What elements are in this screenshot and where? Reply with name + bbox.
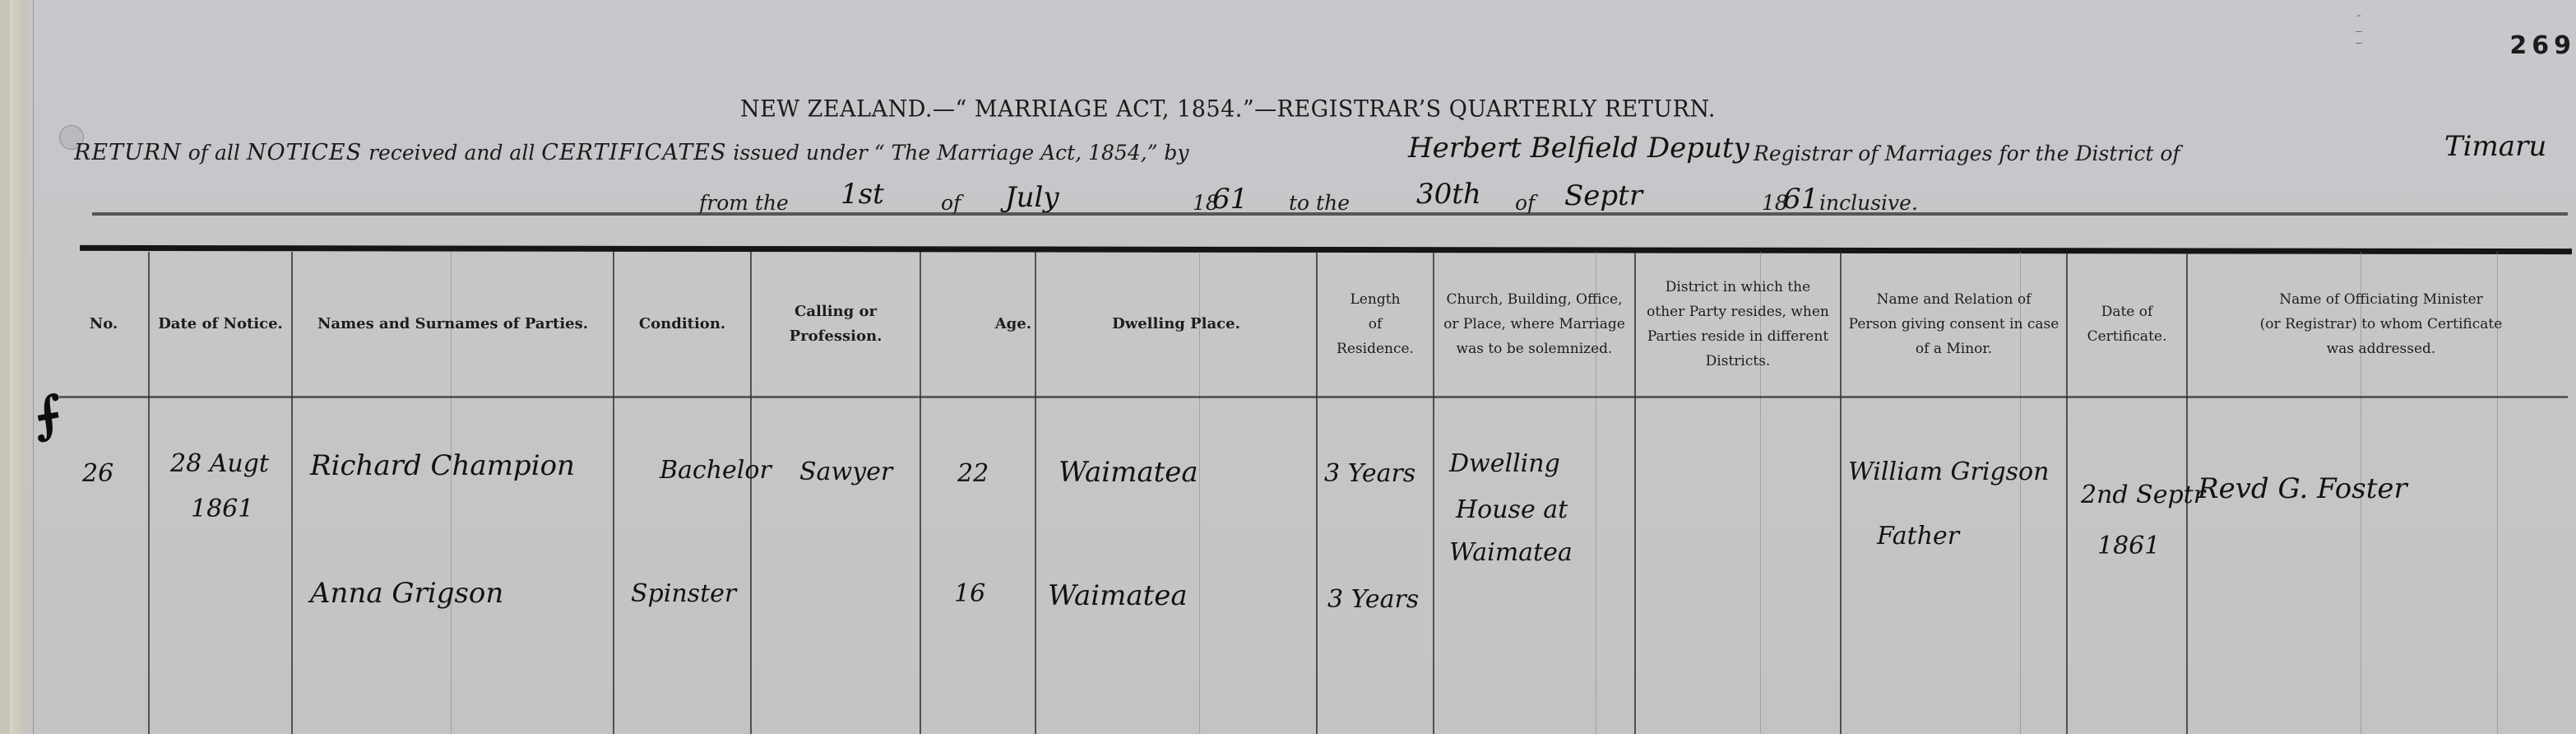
header-dwelling: Dwelling Place. [1036, 252, 1316, 396]
district-handwritten: Timaru [2444, 130, 2546, 163]
officiating-minister: Revd G. Foster [2198, 472, 2407, 505]
return-label: RETURN [74, 140, 182, 165]
certificates-label: CERTIFICATES [541, 140, 726, 165]
from-month: July [1005, 181, 1059, 214]
header-district-other: District in which the other Party reside… [1636, 252, 1840, 396]
party1-name: Richard Champion [310, 449, 575, 482]
header-age: Age. [921, 252, 1035, 396]
registrar-district-label: Registrar of Marriages for the District … [1754, 142, 2180, 165]
consent-line2: Father [1877, 522, 1959, 550]
consent-line1: William Grigson [1848, 458, 2049, 486]
party2-condition: Spinster [631, 579, 736, 608]
return-table: No. Date of Notice. Names and Surnames o… [10, 252, 2576, 734]
header-consent: Name and Relation of Person giving conse… [1842, 252, 2066, 396]
party2-dwelling: Waimatea [1048, 579, 1188, 612]
church-line2: House at [1456, 495, 1568, 524]
of-label-2: of [1515, 191, 1535, 215]
from-day: 1st [841, 178, 884, 211]
church-line1: Dwelling [1449, 449, 1560, 478]
page-title: NEW ZEALAND.—“ MARRIAGE ACT, 1854.”—REGI… [740, 95, 1716, 123]
party2-length-residence: 3 Years [1327, 585, 1419, 614]
entry-number: 26 [82, 459, 114, 488]
inclusive-label: inclusive. [1819, 191, 1918, 215]
header-date-of-notice: Date of Notice. [150, 252, 291, 396]
from-year-suffix: 61 [1212, 183, 1248, 216]
notice-date-line2: 1861 [191, 495, 253, 523]
notices-label: NOTICES [247, 140, 362, 165]
header-no: No. [59, 252, 148, 396]
header-divider-thin [92, 212, 2568, 216]
of-label-1: of [941, 191, 961, 215]
certificate-date-line2: 1861 [2097, 532, 2160, 560]
party1-length-residence: 3 Years [1324, 459, 1415, 488]
header-length-of-residence: Length of Residence. [1318, 252, 1433, 396]
to-label: to the [1289, 191, 1350, 215]
certificate-date-line1: 2nd Septr [2081, 481, 2205, 509]
return-text-2: received and all [362, 141, 541, 165]
header-date-of-certificate: Date of Certificate. [2068, 252, 2186, 396]
header-condition: Condition. [614, 252, 750, 396]
header-bottom-rule [59, 396, 2568, 398]
header-names: Names and Surnames of Parties. [293, 252, 613, 396]
party2-name: Anna Grigson [310, 577, 503, 610]
notice-date-line1: 28 Augt [170, 449, 269, 478]
header-calling: Calling or Profession. [752, 252, 920, 396]
period-line: from the 1st of July 18 61 to the 30th o… [10, 191, 2576, 224]
to-year-suffix: 61 [1783, 183, 1818, 216]
party1-dwelling: Waimatea [1059, 456, 1198, 489]
party2-age: 16 [954, 579, 985, 608]
return-description: RETURN of all NOTICES received and all C… [74, 140, 1189, 165]
return-text-1: of all [182, 141, 247, 165]
from-label: from the [699, 191, 789, 215]
to-day: 30th [1416, 178, 1481, 211]
archive-stamp: ″ — — [2356, 15, 2405, 49]
return-text-3: issued under “ The Marriage Act, 1854,” … [726, 141, 1188, 165]
folio-number: 269 [2509, 31, 2576, 60]
header-church: Church, Building, Office, or Place, wher… [1434, 252, 1634, 396]
register-page: ″ — — 269 NEW ZEALAND.—“ MARRIAGE ACT, 1… [10, 0, 2576, 734]
party1-age: 22 [957, 459, 989, 488]
to-month: Septr [1564, 179, 1642, 212]
header-minister: Name of Officiating Minister (or Registr… [2188, 252, 2574, 396]
registrar-name-handwritten: Herbert Belfield Deputy [1408, 132, 1749, 165]
party1-calling: Sawyer [799, 458, 892, 486]
party1-condition: Bachelor [660, 456, 771, 485]
church-line3: Waimatea [1449, 538, 1573, 567]
